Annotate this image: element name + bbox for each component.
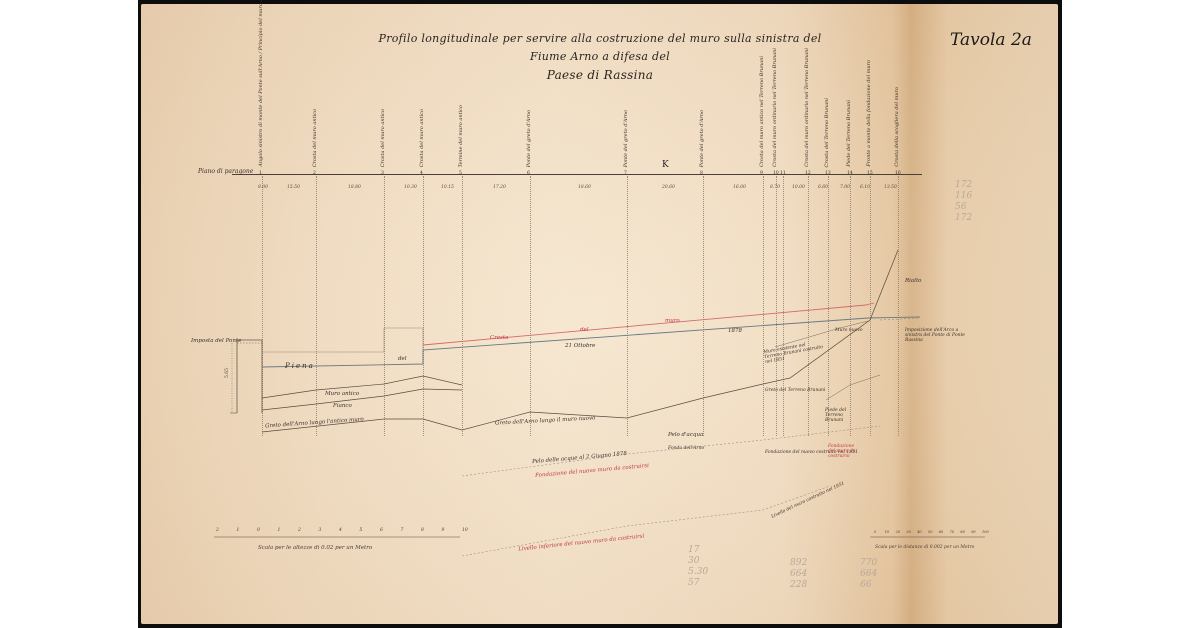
cresta-del-label: del <box>580 327 589 333</box>
profile-lines <box>0 0 1200 628</box>
scale-tick: 100 <box>982 530 989 534</box>
fondazione-da-costruirsi-label: Fondazione del muro da costruirsi <box>828 444 858 459</box>
pelo-acqua-label: Pelo d'acqua <box>668 432 703 438</box>
pencil-line: 228 <box>790 580 807 591</box>
piena-date-label: 21 Ottobre <box>565 343 595 349</box>
scale-tick: 80 <box>960 530 964 534</box>
scale-tick: 10 <box>885 530 889 534</box>
scale-tick: 50 <box>928 530 932 534</box>
scale-tick: 40 <box>917 530 921 534</box>
rialto-label: Rialto <box>905 278 921 284</box>
bridge-label: Imposta del Ponte <box>191 338 241 344</box>
fondo-arno-label: Fondo dell'Arno <box>668 446 704 451</box>
scale-tick: 5 <box>360 528 363 533</box>
cresta-label: Cresta <box>490 335 508 341</box>
pencil-line: 56 <box>955 202 972 213</box>
scale-tick: 2 <box>216 528 219 533</box>
scale-tick: 60 <box>939 530 943 534</box>
scale-tick: 1 <box>237 528 240 533</box>
greto-brunani-label: Greto del Terreno Brunani <box>765 388 825 393</box>
pencil-calculation: 17305.3057 <box>688 545 708 589</box>
scale-tick: 9 <box>442 528 445 533</box>
fianco-label: Fianco <box>333 403 352 409</box>
scale-tick: 2 <box>298 528 301 533</box>
piede-brunani-label: Piede del Terreno Brunani <box>825 408 855 423</box>
pencil-line: 57 <box>688 578 708 589</box>
scale-tick: 70 <box>950 530 954 534</box>
scale-tick: 6 <box>380 528 383 533</box>
pencil-line: 116 <box>955 191 972 202</box>
scale-tick: 90 <box>971 530 975 534</box>
pencil-calculation: 77066466 <box>860 558 877 591</box>
scale-tick: 30 <box>906 530 910 534</box>
imposta-arco-label: Imposizione dell'Arco a sinistra del Pon… <box>905 328 970 343</box>
scale-tick: 3 <box>319 528 322 533</box>
scale-tick: 0 <box>874 530 876 534</box>
pencil-line: 770 <box>860 558 877 569</box>
scale-tick: 10 <box>462 528 468 533</box>
muro-antico-label: Muro antico <box>325 391 359 397</box>
pencil-line: 30 <box>688 556 708 567</box>
pencil-line: 172 <box>955 180 972 191</box>
pencil-calculation: 17211656172 <box>955 180 972 224</box>
horizontal-scale-label: Scala per le distanze di 0.002 per un Me… <box>875 545 974 550</box>
scale-tick: 1 <box>278 528 281 533</box>
pencil-line: 66 <box>860 580 877 591</box>
scale-tick: 0 <box>257 528 260 533</box>
pencil-line: 892 <box>790 558 807 569</box>
pencil-calculation: 892664228 <box>790 558 807 591</box>
scale-tick: 20 <box>896 530 900 534</box>
pencil-line: 172 <box>955 213 972 224</box>
piena-label: Piena <box>285 362 315 370</box>
pencil-line: 17 <box>688 545 708 556</box>
bridge-height: 5.65 <box>225 368 230 378</box>
cresta-muro-label: muro <box>665 318 680 324</box>
vertical-scale-label: Scala per le altezze di 0.02 per un Metr… <box>258 545 372 551</box>
pencil-line: 5.30 <box>688 567 708 578</box>
piena-year-label: 1878 <box>728 328 742 334</box>
pencil-line: 664 <box>790 569 807 580</box>
scale-tick: 8 <box>421 528 424 533</box>
muro-nuovo-label: Muro nuovo <box>835 328 863 333</box>
piena-del-label: del <box>398 356 407 362</box>
scale-tick: 7 <box>401 528 404 533</box>
pencil-line: 664 <box>860 569 877 580</box>
scale-tick: 4 <box>339 528 342 533</box>
